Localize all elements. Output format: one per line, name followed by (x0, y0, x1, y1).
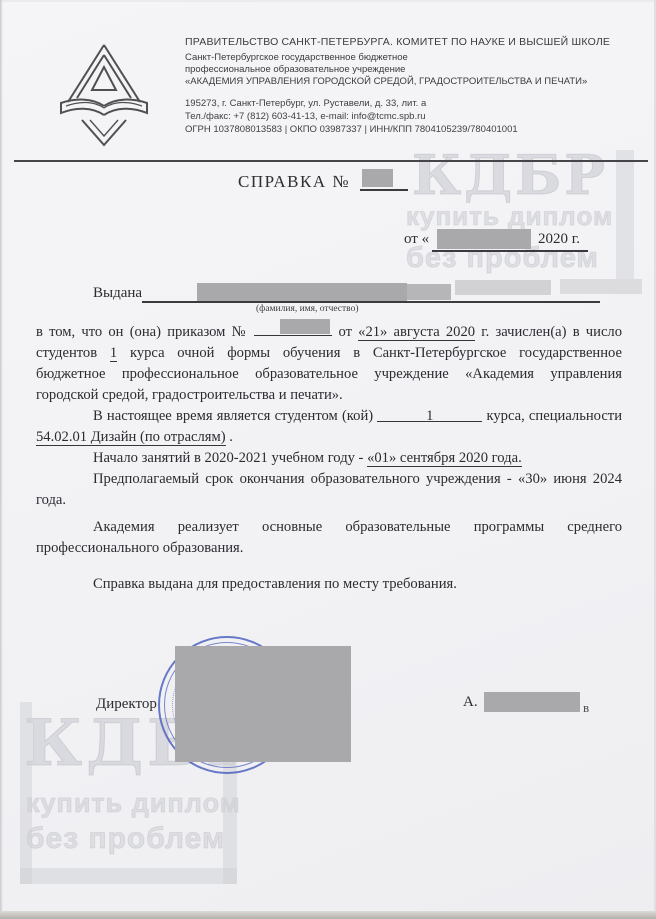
paragraph-graduation: Предполагаемый срок окончания образовате… (36, 469, 622, 511)
watermark-kdbr-top: КДБР (412, 148, 608, 202)
watermark-no-problem-bottom: без проблем (26, 824, 225, 854)
name-redaction-3 (455, 280, 551, 295)
watermark-buy-diploma-bottom: купить диплом (26, 790, 241, 817)
org-phone-email: Тел./факс: +7 (812) 603-41-13, e-mail: i… (185, 110, 650, 123)
start-date: «01» сентября 2020 года. (367, 450, 522, 467)
name-hint: (фамилия, имя, отчество) (256, 304, 359, 314)
watermark-buy-diploma-top: купить диплом (406, 203, 613, 229)
org-type-line1: Санкт-Петербургское государственное бюдж… (185, 52, 650, 64)
org-header: ПРАВИТЕЛЬСТВО САНКТ-ПЕТЕРБУРГА. КОМИТЕТ … (185, 36, 650, 136)
date-redaction (437, 229, 531, 249)
name-redaction-1 (197, 283, 407, 301)
director-name-redaction (484, 692, 580, 712)
director-initials: А. (463, 694, 478, 711)
paragraph-purpose: Справка выдана для предоставления по мес… (36, 574, 622, 595)
enrollment-date: «21» августа 2020 (358, 324, 475, 341)
p1-text-4: курса очной формы обучения в Санкт-Петер… (36, 345, 622, 403)
order-number-redaction (280, 319, 330, 334)
header-divider-rule (14, 160, 648, 162)
p2-text-1: В настоящее время является студентом (ко… (93, 408, 377, 424)
watermark-frame-right (616, 150, 634, 292)
p1-text-1: в том, что он (она) приказом № (36, 324, 254, 340)
certificate-number-line (360, 189, 408, 191)
paragraph-start-date: Начало занятий в 2020-2021 учебном году … (36, 448, 622, 469)
certificate-title: СПРАВКА № (238, 172, 350, 192)
org-type-line2: профессиональное образовательное учрежде… (185, 64, 650, 76)
org-registration-numbers: ОГРН 1037808013583 | ОКПО 03987337 | ИНН… (185, 123, 650, 136)
p1-text-2: от (332, 324, 358, 340)
director-label: Директор (96, 696, 157, 713)
p2-text-3: . (226, 429, 233, 445)
stamp-signature-redaction (175, 646, 351, 762)
academy-logo-icon (52, 40, 157, 155)
name-redaction-4 (560, 279, 642, 294)
specialty-code: 54.02.01 Дизайн (по отраслям) (36, 429, 226, 446)
paragraph-current-course: В настоящее время является студентом (ко… (36, 406, 622, 448)
scan-edge-top (0, 0, 656, 2)
watermark-frame-bottom (20, 868, 237, 884)
certificate-number-redaction (362, 169, 393, 187)
gov-committee-line: ПРАВИТЕЛЬСТВО САНКТ-ПЕТЕРБУРГА. КОМИТЕТ … (185, 36, 650, 49)
paragraph-programs: Академия реализует основные образователь… (36, 517, 622, 559)
scan-edge-bottom (0, 911, 656, 919)
p3-text-1: Начало занятий в 2020-2021 учебном году … (93, 450, 367, 466)
course-number: 1 (426, 408, 433, 424)
date-prefix: от « (404, 231, 429, 248)
director-name-tail: в (583, 700, 589, 716)
course-blank: 1 (377, 406, 482, 422)
name-redaction-2 (407, 284, 451, 300)
org-address: 195273, г. Санкт-Петербург, ул. Руставел… (185, 97, 650, 110)
p2-text-2: курса, специальности (482, 408, 622, 424)
watermark-frame-left (20, 702, 32, 884)
date-line (432, 250, 588, 252)
date-year: 2020 г. (538, 231, 580, 248)
paragraph-enrollment: в том, что он (она) приказом № от «21» а… (36, 322, 622, 406)
issued-label: Выдана (93, 285, 142, 302)
certificate-body: в том, что он (она) приказом № от «21» а… (36, 322, 622, 595)
order-number-blank (254, 322, 332, 336)
name-line (142, 301, 600, 303)
scanned-certificate-page: КДБР купить диплом без проблем КДБР купи… (0, 0, 656, 919)
org-name-line: «АКАДЕМИЯ УПРАВЛЕНИЯ ГОРОДСКОЙ СРЕДОЙ, Г… (185, 76, 650, 88)
scan-edge-left (0, 0, 3, 919)
